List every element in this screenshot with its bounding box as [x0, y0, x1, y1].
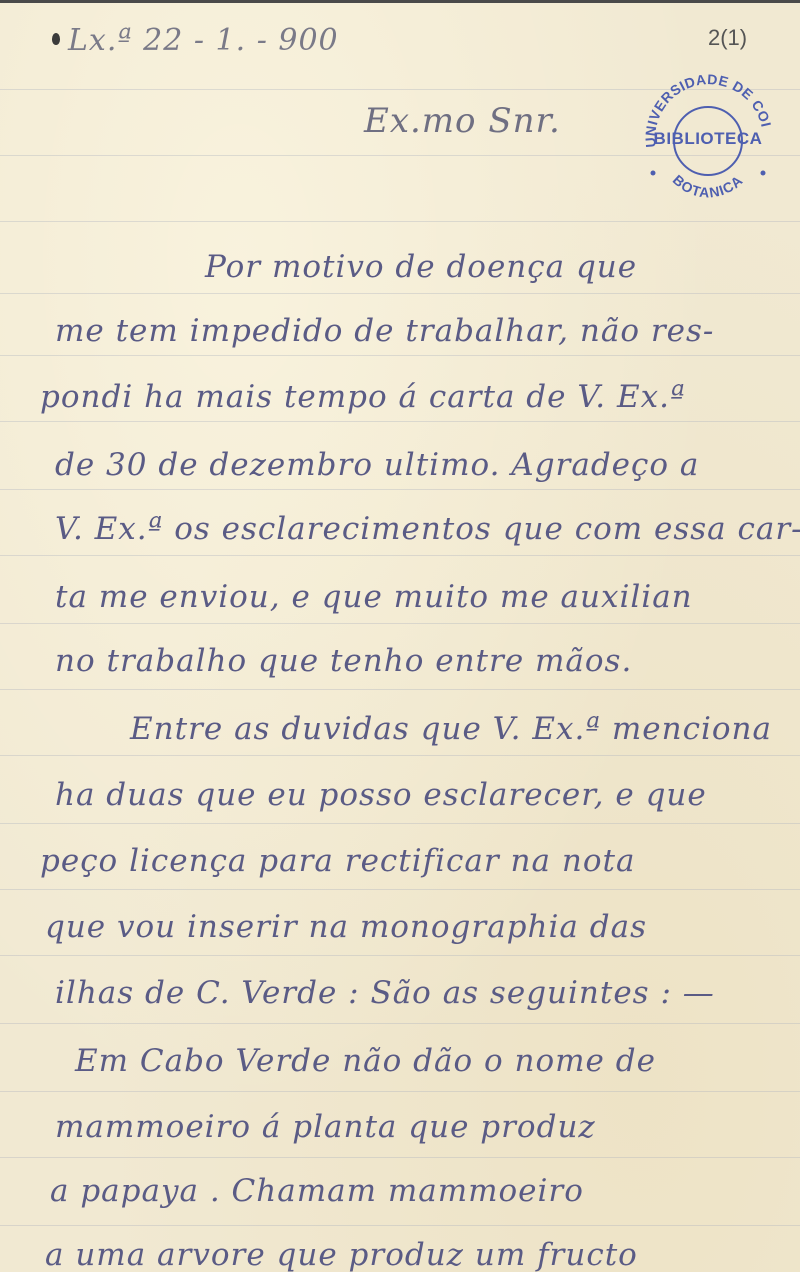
letter-line: V. Ex.ª os esclarecimentos que com essa … — [55, 511, 800, 547]
letter-line: pondi ha mais tempo á carta de V. Ex.ª — [40, 379, 686, 415]
ruled-line — [0, 889, 800, 890]
letter-line: ha duas que eu posso esclarecer, e que — [55, 777, 707, 813]
letter-line: ilhas de C. Verde : São as seguintes : — — [55, 975, 715, 1011]
ruled-line — [0, 555, 800, 556]
letter-line: Por motivo de doença que — [205, 249, 637, 285]
ruled-line — [0, 623, 800, 624]
ruled-line — [0, 221, 800, 222]
date-line: Lx.ª 22 - 1. - 900 — [68, 23, 339, 58]
ruled-line — [0, 823, 800, 824]
folio-number: 2(1) — [708, 25, 747, 51]
letter-line: de 30 de dezembro ultimo. Agradeço a — [55, 447, 699, 483]
ruled-line — [0, 689, 800, 690]
letter-line: no trabalho que tenho entre mãos. — [55, 643, 632, 679]
ink-blot — [52, 33, 60, 45]
ruled-line — [0, 355, 800, 356]
salutation: Ex.mo Snr. — [364, 101, 561, 141]
letter-line: ta me enviou, e que muito me auxilian — [55, 579, 693, 615]
ruled-line — [0, 1023, 800, 1024]
ruled-line — [0, 1157, 800, 1158]
ruled-line — [0, 293, 800, 294]
letter-line: que vou inserir na monographia das — [45, 909, 647, 945]
letter-page: 2(1) UNIVERSIDADE DE COIMBRA BOTANICA BI… — [0, 0, 800, 1272]
letter-line: a papaya . Chamam mammoeiro — [50, 1173, 584, 1209]
ruled-line — [0, 489, 800, 490]
letter-line: peço licença para rectificar na nota — [40, 843, 635, 879]
letter-line: Entre as duvidas que V. Ex.ª menciona — [130, 711, 772, 747]
ruled-line — [0, 421, 800, 422]
letter-line: a uma arvore que produz um fructo — [45, 1237, 638, 1272]
stamp-center-text: BIBLIOTECA — [636, 129, 780, 149]
ruled-line — [0, 955, 800, 956]
ruled-line — [0, 1225, 800, 1226]
ruled-line — [0, 1091, 800, 1092]
letter-line: Em Cabo Verde não dão o nome de — [75, 1043, 656, 1079]
letter-line: me tem impedido de trabalhar, não res- — [55, 313, 714, 349]
ruled-line — [0, 755, 800, 756]
letter-line: mammoeiro á planta que produz — [55, 1109, 596, 1145]
library-stamp: UNIVERSIDADE DE COIMBRA BOTANICA BIBLIOT… — [636, 69, 780, 213]
